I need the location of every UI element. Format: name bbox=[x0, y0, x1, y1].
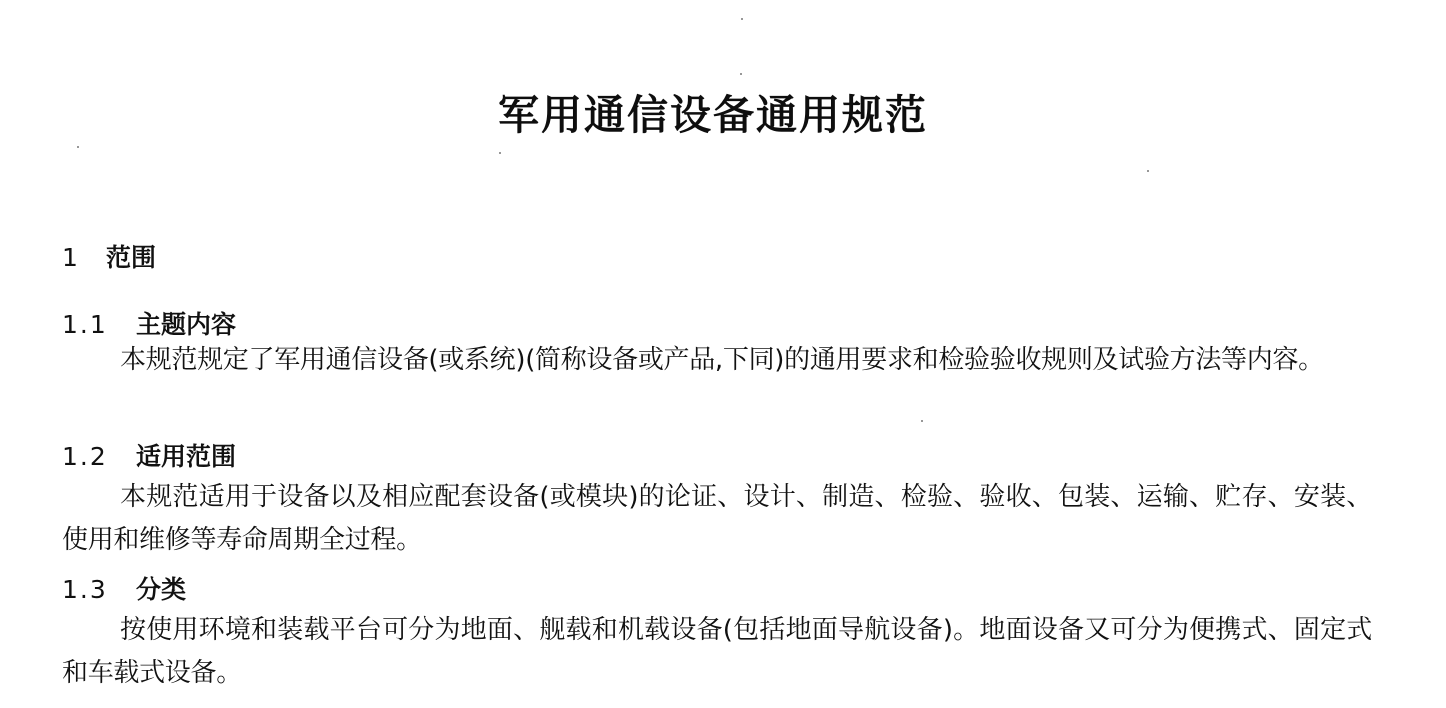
section-title: 分类 bbox=[136, 575, 186, 604]
section-number: 1 bbox=[62, 243, 106, 272]
document-page: 军用通信设备通用规范 1范围 1.1主题内容 本规范规定了军用通信设备(或系统)… bbox=[0, 0, 1446, 708]
section-heading-1-1: 1.1主题内容 bbox=[62, 305, 236, 341]
scan-speck bbox=[740, 73, 742, 75]
section-title: 范围 bbox=[106, 243, 156, 272]
section-number: 1.3 bbox=[62, 575, 136, 604]
scan-speck bbox=[499, 152, 501, 154]
document-title: 军用通信设备通用规范 bbox=[0, 82, 1426, 141]
section-body-1-2: 本规范适用于设备以及相应配套设备(或模块)的论证、设计、制造、检验、验收、包装、… bbox=[62, 476, 1372, 562]
scan-speck bbox=[1147, 170, 1149, 172]
scan-speck bbox=[921, 420, 923, 422]
section-title: 适用范围 bbox=[136, 442, 236, 471]
scan-speck bbox=[77, 146, 79, 148]
section-heading-1-2: 1.2适用范围 bbox=[62, 437, 236, 473]
section-heading-1-3: 1.3分类 bbox=[62, 570, 186, 606]
section-body-1-3: 按使用环境和装载平台可分为地面、舰载和机载设备(包括地面导航设备)。地面设备又可… bbox=[62, 609, 1372, 695]
section-heading-1: 1范围 bbox=[62, 238, 156, 274]
section-number: 1.1 bbox=[62, 310, 136, 339]
scan-speck bbox=[741, 18, 743, 20]
section-body-1-1: 本规范规定了军用通信设备(或系统)(简称设备或产品,下同)的通用要求和检验验收规… bbox=[62, 339, 1372, 382]
section-number: 1.2 bbox=[62, 442, 136, 471]
section-title: 主题内容 bbox=[136, 310, 236, 339]
